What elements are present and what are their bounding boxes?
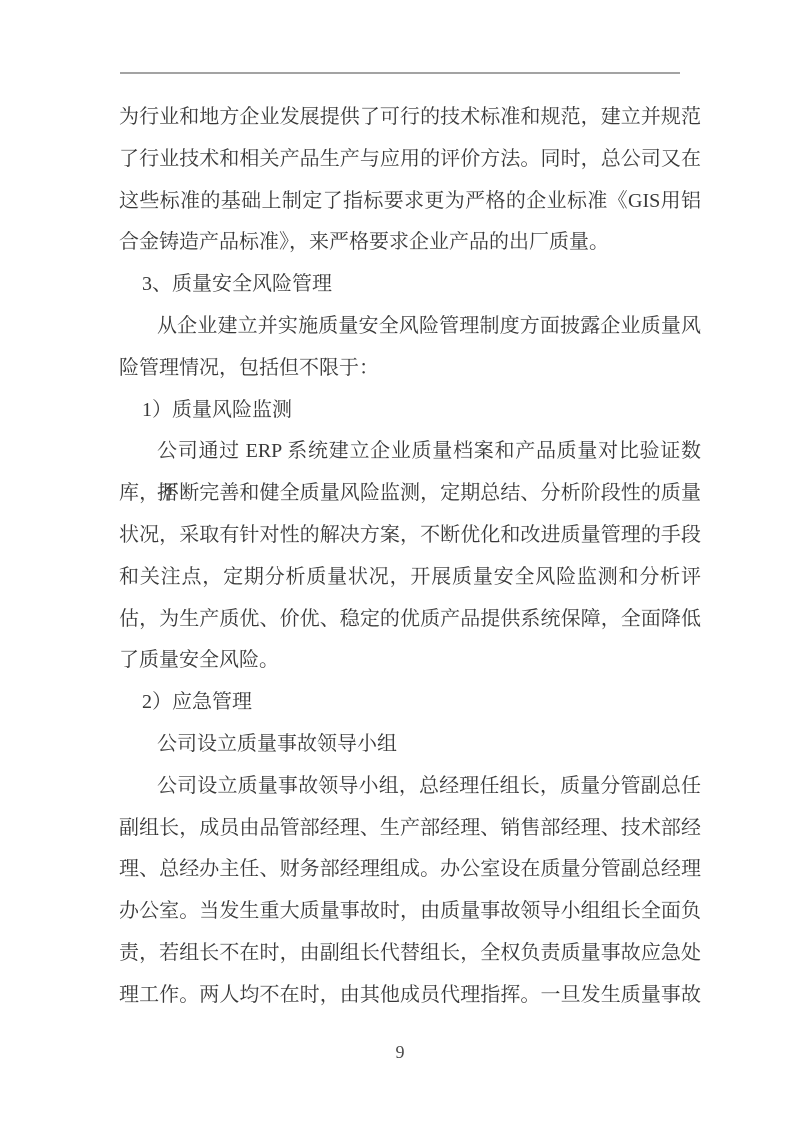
text-line: 理工作。两人均不在时，由其他成员代理指挥。一旦发生质量事故 [119, 975, 701, 1017]
text-line: 1）质量风险监测 [119, 390, 701, 432]
heading-quality-safety-risk: 3、质量安全风险管理 [119, 264, 701, 306]
page-number: 9 [396, 1042, 405, 1062]
heading-emergency-management: 2）应急管理 [119, 682, 701, 724]
text-line: 3、质量安全风险管理 [119, 264, 701, 306]
text-line: 了质量安全风险。 [119, 640, 701, 682]
text-line: 公司设立质量事故领导小组 [119, 724, 701, 766]
document-body: 为行业和地方企业发展提供了可行的技术标准和规范，建立并规范了行业技术和相关产品生… [119, 97, 701, 1017]
text-line: 从企业建立并实施质量安全风险管理制度方面披露企业质量风 [119, 306, 701, 348]
text-line: 办公室。当发生重大质量事故时，由质量事故领导小组组长全面负 [119, 891, 701, 933]
text-line: 和关注点，定期分析质量状况，开展质量安全风险监测和分析评 [119, 557, 701, 599]
text-line: 理、总经办主任、财务部经理组成。办公室设在质量分管副总经理 [119, 849, 701, 891]
text-line: 责，若组长不在时，由副组长代替组长，全权负责质量事故应急处 [119, 933, 701, 975]
text-line: 状况，采取有针对性的解决方案，不断优化和改进质量管理的手段 [119, 515, 701, 557]
header-rule [120, 72, 680, 74]
text-line: 险管理情况，包括但不限于： [119, 348, 701, 390]
heading-risk-monitoring: 1）质量风险监测 [119, 390, 701, 432]
page-footer: 9 [0, 1040, 800, 1064]
text-line: 为行业和地方企业发展提供了可行的技术标准和规范，建立并规范 [119, 97, 701, 139]
text-line: 2）应急管理 [119, 682, 701, 724]
text-line: 副组长，成员由品管部经理、生产部经理、销售部经理、技术部经 [119, 808, 701, 850]
document-page: 为行业和地方企业发展提供了可行的技术标准和规范，建立并规范了行业技术和相关产品生… [0, 0, 800, 1131]
text-line: 库，不断完善和健全质量风险监测，定期总结、分析阶段性的质量 [119, 473, 701, 515]
para-leading-group-detail: 公司设立质量事故领导小组，总经理任组长，质量分管副总任副组长，成员由品管部经理、… [119, 766, 701, 1017]
text-line: 合金铸造产品标准》，来严格要求企业产品的出厂质量。 [119, 222, 701, 264]
text-line: 公司通过 ERP 系统建立企业质量档案和产品质量对比验证数据 [119, 431, 701, 473]
text-line: 这些标准的基础上制定了指标要求更为严格的企业标准《GIS用铝 [119, 181, 701, 223]
text-line: 了行业技术和相关产品生产与应用的评价方法。同时，总公司又在 [119, 139, 701, 181]
para-disclosure-scope: 从企业建立并实施质量安全风险管理制度方面披露企业质量风险管理情况，包括但不限于： [119, 306, 701, 390]
text-line: 估，为生产质优、价优、稳定的优质产品提供系统保障，全面降低 [119, 599, 701, 641]
para-standards-continuation: 为行业和地方企业发展提供了可行的技术标准和规范，建立并规范了行业技术和相关产品生… [119, 97, 701, 264]
para-erp-monitoring: 公司通过 ERP 系统建立企业质量档案和产品质量对比验证数据库，不断完善和健全质… [119, 431, 701, 682]
text-line: 公司设立质量事故领导小组，总经理任组长，质量分管副总任 [119, 766, 701, 808]
para-leading-group-title: 公司设立质量事故领导小组 [119, 724, 701, 766]
